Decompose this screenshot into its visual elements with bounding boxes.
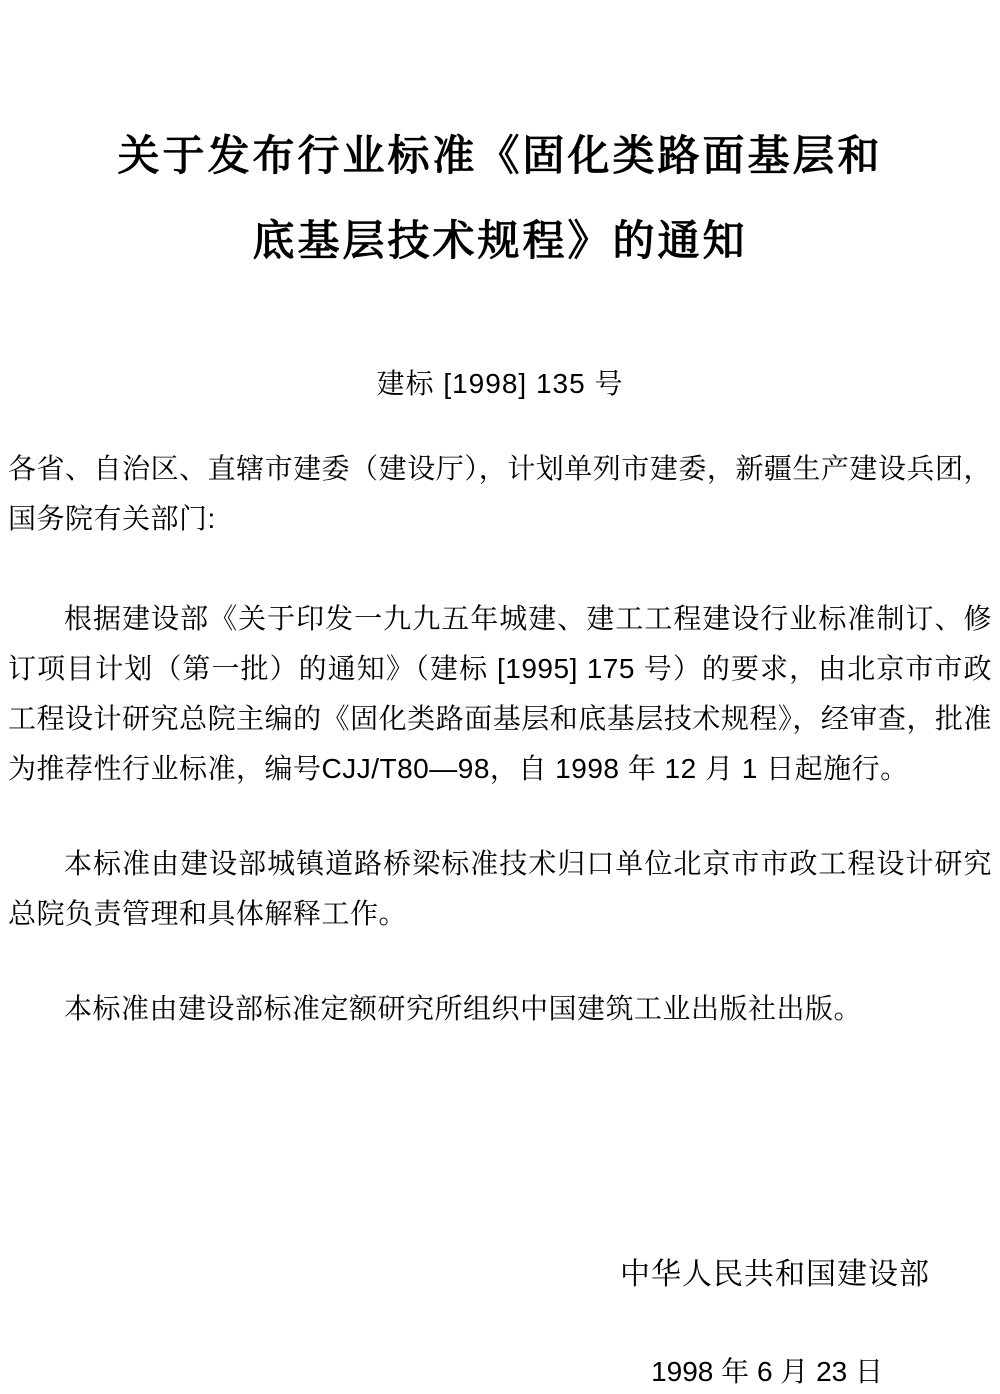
document-title-line-1: 关于发布行业标准《固化类路面基层和 (0, 113, 1000, 198)
body-paragraph-management: 本标准由建设部城镇道路桥梁标准技术归口单位北京市市政工程设计研究总院负责管理和具… (8, 839, 992, 939)
notice-document-page: 关于发布行业标准《固化类路面基层和 底基层技术规程》的通知 建标 [1998] … (0, 0, 1000, 1394)
document-title-line-2: 底基层技术规程》的通知 (0, 198, 1000, 283)
document-title: 关于发布行业标准《固化类路面基层和 底基层技术规程》的通知 (0, 113, 1000, 283)
issue-date: 1998 年 6 月 23 日 (0, 1352, 1000, 1392)
body-paragraph-approval: 根据建设部《关于印发一九九五年城建、建工工程建设行业标准制订、修订项目计划（第一… (8, 594, 992, 794)
salutation-paragraph: 各省、自治区、直辖市建委（建设厅），计划单列市建委，新疆生产建设兵团，国务院有关… (8, 444, 992, 544)
document-number: 建标 [1998] 135 号 (0, 364, 1000, 404)
body-paragraph-publication: 本标准由建设部标准定额研究所组织中国建筑工业出版社出版。 (8, 984, 992, 1034)
issuing-authority-signature: 中华人民共和国建设部 (0, 1255, 1000, 1295)
